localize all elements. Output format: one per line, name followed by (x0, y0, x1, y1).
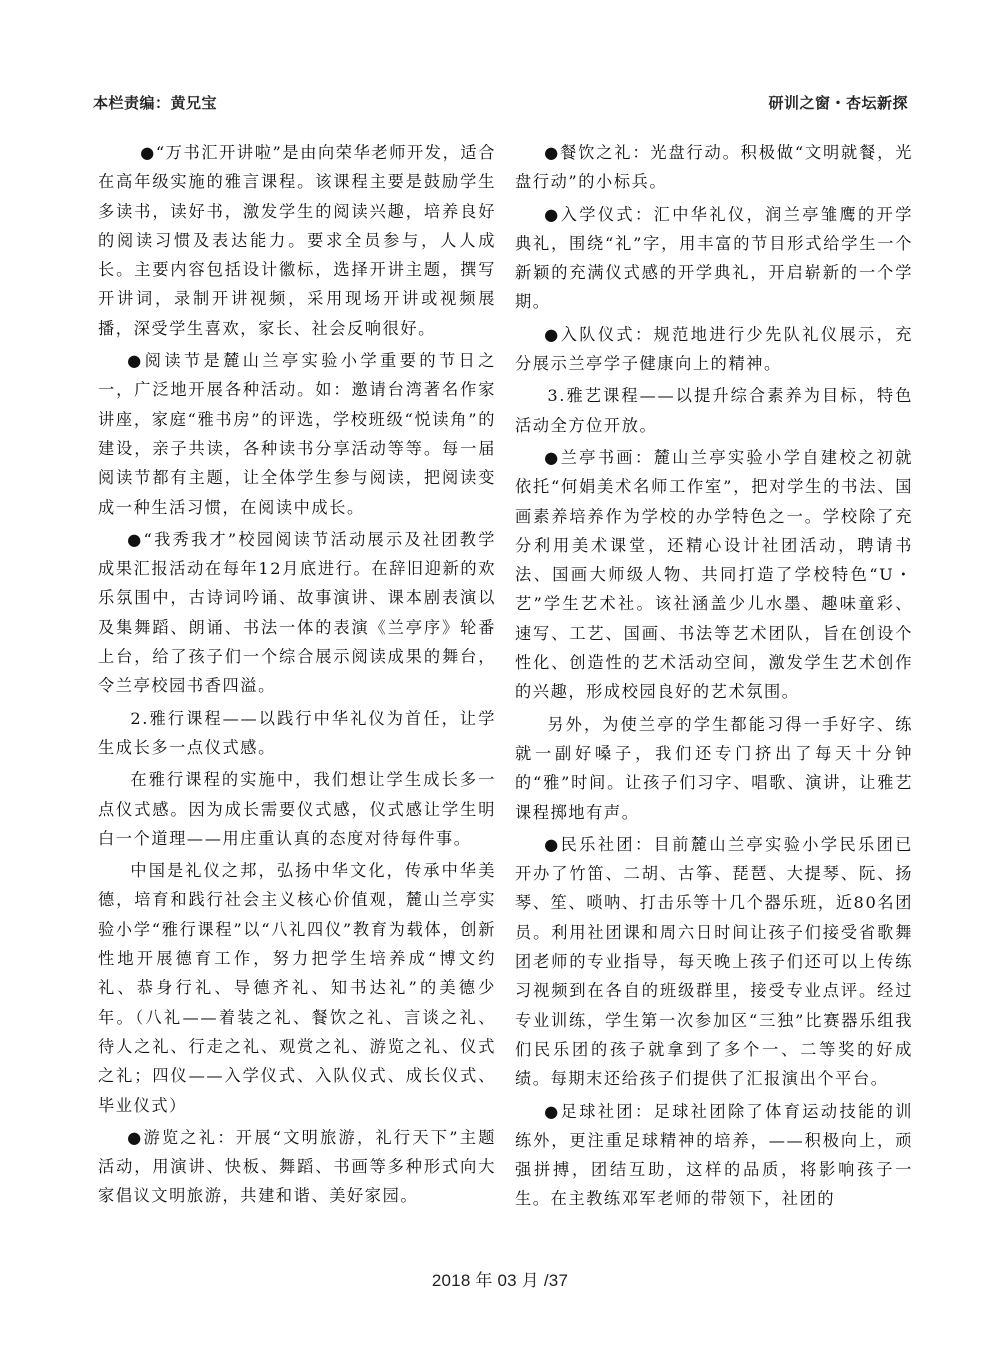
paragraph: 在雅行课程的实施中，我们想让学生成长多一点仪式感。因为成长需要仪式感，仪式感让学… (98, 765, 496, 853)
paragraph: ●入学仪式：汇中华礼仪，润兰亭雏鹰的开学典礼，围绕“礼”字，用丰富的节目形式给学… (515, 200, 913, 317)
left-column: ●“万书汇开讲啦”是由向荣华老师开发，适合在高年级实施的雅言课程。该课程主要是鼓… (98, 138, 496, 1214)
paragraph: ●游览之礼：开展“文明旅游，礼行天下”主题活动，用演讲、快板、舞蹈、书画等多种形… (98, 1123, 496, 1211)
right-column: ●餐饮之礼：光盘行动。积极做“文明就餐，光盘行动”的小标兵。 ●入学仪式：汇中华… (515, 138, 913, 1217)
paragraph: ●足球社团：足球社团除了体育运动技能的训练外，更注重足球精神的培养，——积极向上… (515, 1097, 913, 1214)
paragraph: ●民乐社团：目前麓山兰亭实验小学民乐团已开办了竹笛、二胡、古筝、琵琶、大提琴、阮… (515, 830, 913, 1094)
paragraph: ●阅读节是麓山兰亭实验小学重要的节日之一，广泛地开展各种活动。如：邀请台湾著名作… (98, 346, 496, 522)
paragraph: ●“我秀我才”校园阅读节活动展示及社团教学成果汇报活动在每年12月底进行。在辞旧… (98, 525, 496, 701)
paragraph: ●餐饮之礼：光盘行动。积极做“文明就餐，光盘行动”的小标兵。 (515, 138, 913, 197)
paragraph: ●兰亭书画：麓山兰亭实验小学自建校之初就依托“何娟美术名师工作室”，把对学生的书… (515, 443, 913, 707)
section-heading: 2.雅行课程——以践行中华礼仪为首任，让学生成长多一点仪式感。 (98, 704, 496, 763)
paragraph: ●“万书汇开讲啦”是由向荣华老师开发，适合在高年级实施的雅言课程。该课程主要是鼓… (98, 138, 496, 343)
paragraph: 另外，为使兰亭的学生都能习得一手好字、练就一副好嗓子，我们还专门挤出了每天十分钟… (515, 710, 913, 827)
section-heading: 3.雅艺课程——以提升综合素养为目标，特色活动全方位开放。 (515, 381, 913, 440)
paragraph: 中国是礼仪之邦，弘扬中华文化，传承中华美德，培育和践行社会主义核心价值观，麓山兰… (98, 856, 496, 1120)
paragraph: ●入队仪式：规范地进行少先队礼仪展示，充分展示兰亭学子健康向上的精神。 (515, 320, 913, 379)
column-editor-label: 本栏责编：黄兄宝 (93, 92, 217, 113)
section-title: 研训之窗・杏坛新探 (768, 92, 908, 113)
page-number-footer: 2018 年 03 月 /37 (0, 1266, 1000, 1291)
